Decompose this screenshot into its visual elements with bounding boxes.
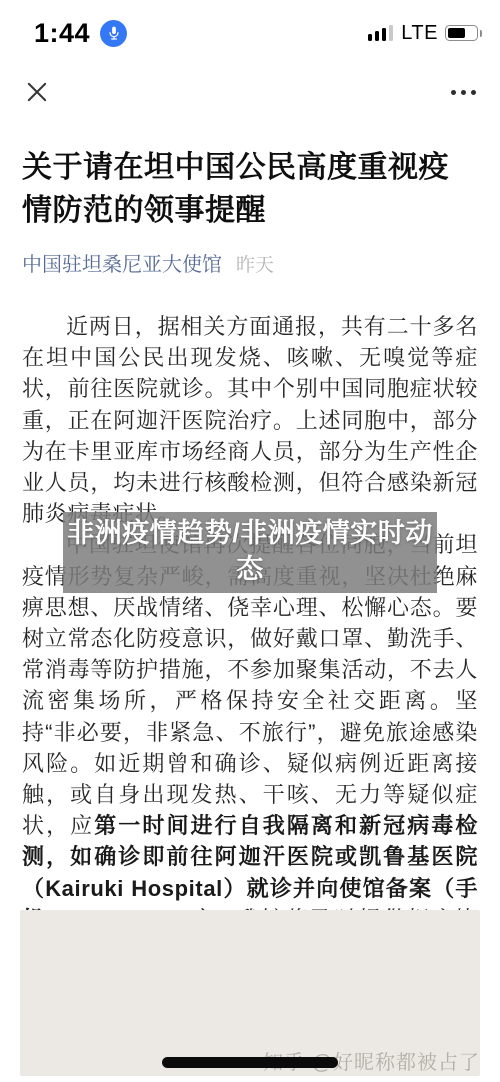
network-type-label: LTE xyxy=(401,22,438,45)
publish-date: 昨天 xyxy=(236,250,274,277)
status-bar-left: 1:44 xyxy=(34,18,127,49)
close-icon[interactable] xyxy=(24,79,50,105)
article-body: 近两日，据相关方面通报，共有二十多名在坦中国公民出现发烧、咳嗽、无嗅觉等症状，前… xyxy=(22,311,478,966)
paragraph-2: 中国驻坦使馆再次提醒各位同胞，当前坦疫情形势复杂严峻，需高度重视，坚决杜绝麻痹思… xyxy=(22,529,478,966)
microphone-icon xyxy=(100,20,127,47)
phone-screen: 1:44 LTE xyxy=(0,0,500,1082)
battery-fill xyxy=(448,28,465,38)
clock: 1:44 xyxy=(34,18,90,49)
battery-icon xyxy=(445,25,478,41)
article-title: 关于请在坦中国公民高度重视疫情防范的领事提醒 xyxy=(22,146,478,232)
author-account-link[interactable]: 中国驻坦桑尼亚大使馆 xyxy=(22,248,222,277)
paragraph-1: 近两日，据相关方面通报，共有二十多名在坦中国公民出现发烧、咳嗽、无嗅觉等症状，前… xyxy=(22,311,478,529)
navigation-bar xyxy=(0,64,500,120)
byline: 中国驻坦桑尼亚大使馆 昨天 xyxy=(22,248,478,277)
signal-strength-icon xyxy=(368,25,394,41)
watermark-banner: 非洲疫情趋势/非洲疫情实时动态 xyxy=(63,512,437,593)
battery-tip xyxy=(480,30,483,37)
status-bar-right: LTE xyxy=(368,22,478,45)
more-options-icon[interactable] xyxy=(451,84,476,101)
status-bar: 1:44 LTE xyxy=(0,0,500,56)
home-indicator[interactable] xyxy=(162,1057,338,1068)
